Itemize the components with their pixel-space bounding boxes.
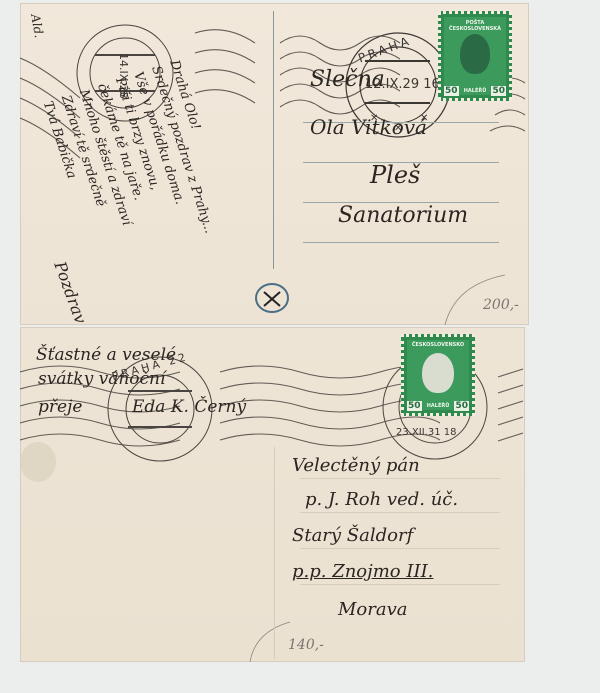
address-line-5: Morava xyxy=(338,599,408,620)
portrait-masaryk xyxy=(422,353,454,393)
address-line xyxy=(300,478,500,479)
address-line-2: Ola Vitková xyxy=(310,115,427,139)
postcard-1: PRAHA 12.IX.29 16 ✕ ✕ ✕ 14.IX.28 POŠTA Č… xyxy=(20,3,529,325)
greeting-line-2: svátky vánoční xyxy=(38,369,165,389)
greeting-line-1: Šťastné a veselé xyxy=(36,345,176,365)
address-line-4: Sanatorium xyxy=(338,203,468,228)
address-line-4: p.p. Znojmo III. xyxy=(292,561,433,582)
address-line-2: p. J. Roh ved. úč. xyxy=(305,489,458,510)
address-line xyxy=(300,548,500,549)
svg-text:PRAHA: PRAHA xyxy=(356,33,413,65)
postage-stamp: ČESKOSLOVENSKO 50 HALÉŘŮ 50 xyxy=(401,334,475,416)
address-line-3: Pleš xyxy=(370,161,420,189)
card-divider xyxy=(273,11,274,269)
address-line xyxy=(303,242,499,243)
postage-stamp: POŠTA ČESKOSLOVENSKÁ 50 HALÉŘŮ 50 xyxy=(438,11,512,101)
svg-text:23.XII.31 18: 23.XII.31 18 xyxy=(396,427,456,438)
greeting-signature: Eda K. Černý xyxy=(132,397,246,417)
address-line-3: Starý Šaldorf xyxy=(292,525,413,546)
pencil-price: 140,- xyxy=(288,637,324,653)
address-line xyxy=(300,512,500,513)
pencil-price: 200,- xyxy=(483,297,519,313)
postcard-2: PRAHA 22 23.XII.31 18 ČESKOSLOVENSKO 50 … xyxy=(20,327,525,662)
address-line xyxy=(300,584,500,585)
address-line-1: Velectěný pán xyxy=(292,455,420,476)
address-line-1: Slečna xyxy=(310,67,385,92)
greeting-line-3: přeje xyxy=(38,397,82,417)
portrait-masaryk xyxy=(460,34,490,74)
card-divider xyxy=(274,447,275,659)
